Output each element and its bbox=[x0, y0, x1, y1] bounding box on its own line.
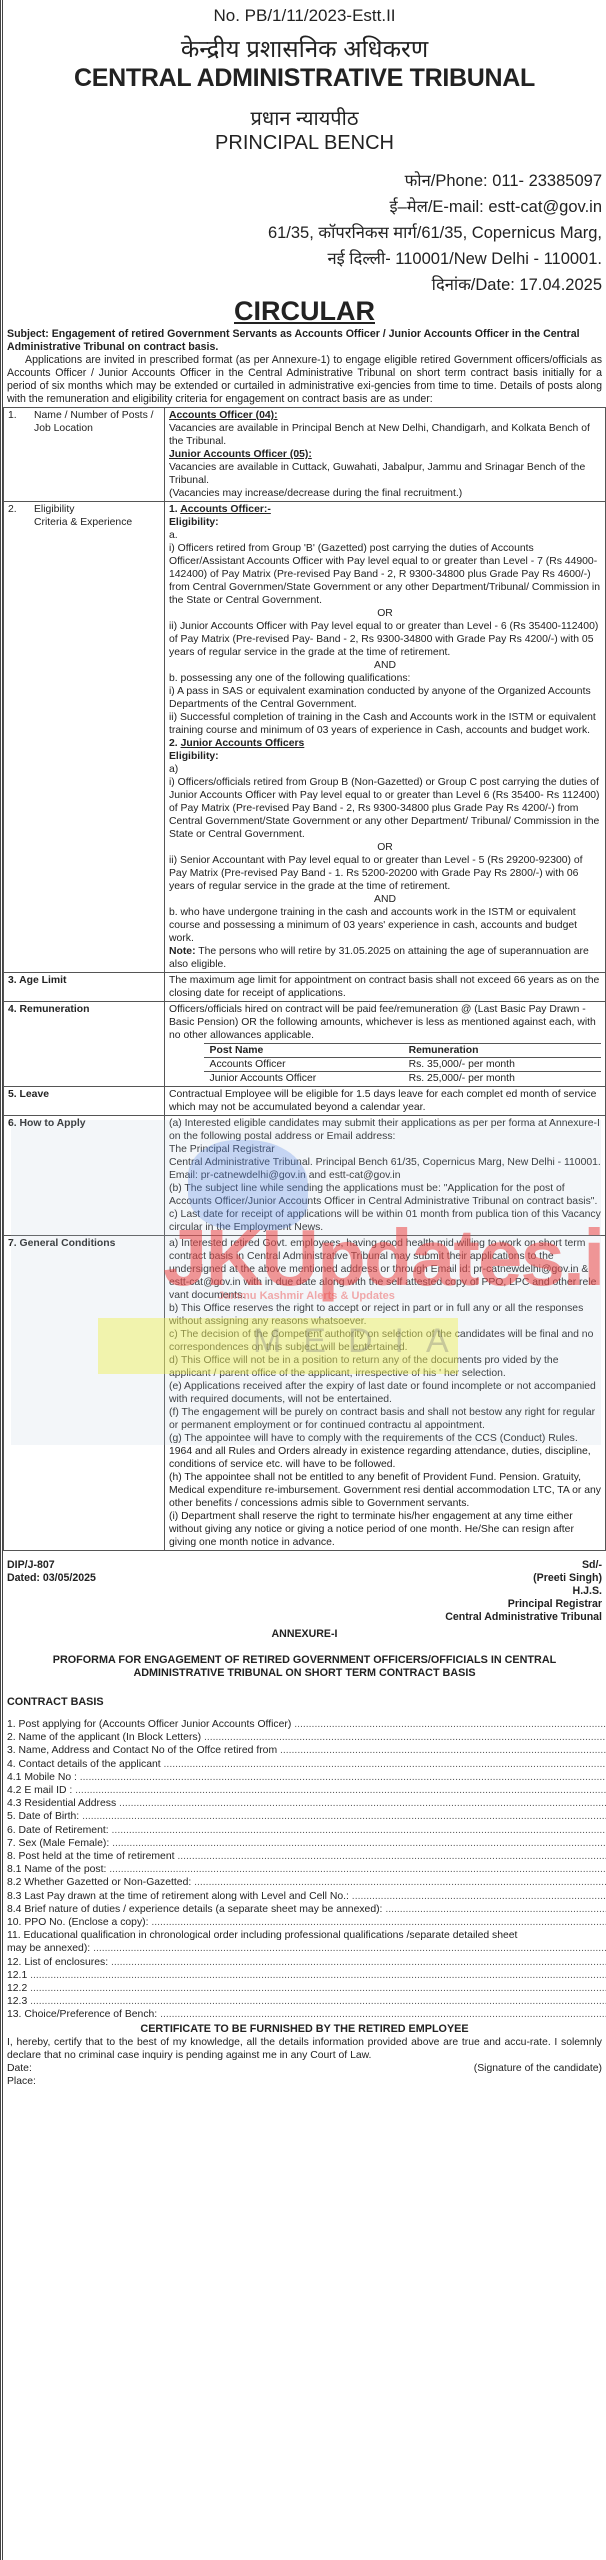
circular-date: दिनांक/Date: 17.04.2025 bbox=[3, 272, 602, 298]
table-row-how-to-apply: 6. How to Apply (a) Interested eligible … bbox=[4, 1116, 606, 1236]
signature-block: DIP/J-807 Dated: 03/05/2025 Sd/- (Preeti… bbox=[3, 1551, 606, 1624]
form-field: 8.3 Last Pay drawn at the time of retire… bbox=[3, 1890, 606, 1903]
row-label: 1.Name / Number of Posts / Job Location bbox=[4, 408, 165, 502]
postal-address: Central Administrative Tribunal. Princip… bbox=[169, 1156, 601, 1182]
row-content: (a) Interested eligible candidates may s… bbox=[165, 1116, 606, 1236]
form-field: 10. PPO No. (Enclose a copy): bbox=[3, 1916, 606, 1929]
form-field: 7. Sex (Male Female): bbox=[3, 1837, 606, 1850]
annexure-title: ANNEXURE-I bbox=[3, 1628, 606, 1640]
row-content: Contractual Employee will be eligible fo… bbox=[165, 1087, 606, 1116]
condition-item: (h) The appointee shall not be entitled … bbox=[169, 1471, 601, 1510]
condition-item: (f) The engagement will be purely on con… bbox=[169, 1406, 601, 1432]
letterhead: No. PB/1/11/2023-Estt.II केन्द्रीय प्रशा… bbox=[3, 6, 606, 162]
remuneration-row: Accounts OfficerRs. 35,000/- per month bbox=[204, 1058, 601, 1072]
form-field: 4.2 E mail ID : bbox=[3, 1784, 606, 1797]
phone: फोन/Phone: 011- 23385097 bbox=[3, 168, 602, 194]
dip-date: Dated: 03/05/2025 bbox=[7, 1572, 96, 1585]
form-field: 12. List of enclosures: bbox=[3, 1956, 606, 1969]
form-field: 5. Date of Birth: bbox=[3, 1810, 606, 1823]
condition-item: d) This Office will not be in a position… bbox=[169, 1354, 601, 1380]
form-field: 12.2 bbox=[3, 1982, 606, 1995]
row-content: The maximum age limit for appointment on… bbox=[165, 973, 606, 1002]
form-field: 1. Post applying for (Accounts Officer J… bbox=[3, 1718, 606, 1731]
dip-number: DIP/J-807 bbox=[7, 1559, 96, 1572]
table-row-remuneration: 4. Remuneration Officers/officials hired… bbox=[4, 1002, 606, 1087]
org-name-hindi: केन्द्रीय प्रशासनिक अधिकरण bbox=[3, 32, 606, 64]
details-table: 1.Name / Number of Posts / Job Location … bbox=[3, 407, 606, 1551]
form-field: 6. Date of Retirement: bbox=[3, 1824, 606, 1837]
address-line-2: नई दिल्ली- 110001/New Delhi - 110001. bbox=[3, 246, 602, 272]
bench-name-hindi: प्रधान न्यायपीठ bbox=[3, 104, 606, 132]
row-content: Accounts Officer (04): Vacancies are ava… bbox=[165, 408, 606, 502]
ao-title: Accounts Officer (04): bbox=[169, 409, 601, 422]
condition-item: (g) The appointee will have to comply wi… bbox=[169, 1432, 601, 1471]
table-row-eligibility: 2.Eligibility Criteria & Experience 1. A… bbox=[4, 502, 606, 973]
row-label: 2.Eligibility Criteria & Experience bbox=[4, 502, 165, 973]
form-field: 3. Name, Address and Contact No of the O… bbox=[3, 1744, 606, 1757]
condition-item: b) This Office reserves the right to acc… bbox=[169, 1302, 601, 1328]
table-row-general-conditions: 7. General Conditions a) Interested reti… bbox=[4, 1236, 606, 1551]
address-line-1: 61/35, कॉपरनिकस मार्ग/61/35, Copernicus … bbox=[3, 220, 602, 246]
form-field: 12.1 bbox=[3, 1969, 606, 1982]
form-field: 8.1 Name of the post: bbox=[3, 1863, 606, 1876]
condition-item: a) Interested retired Govt. employees, h… bbox=[169, 1237, 601, 1302]
table-row-leave: 5. Leave Contractual Employee will be el… bbox=[4, 1087, 606, 1116]
jao-title: Junior Accounts Officer (05): bbox=[169, 448, 601, 461]
subject: Subject: Engagement of retired Governmen… bbox=[3, 326, 606, 354]
intro-paragraph: Applications are invited in prescribed f… bbox=[3, 354, 606, 406]
circular-page: No. PB/1/11/2023-Estt.II केन्द्रीय प्रशा… bbox=[0, 0, 606, 2560]
condition-item: c) The decision of the Competent authori… bbox=[169, 1328, 601, 1354]
form-field: 8.2 Whether Gazetted or Non-Gazetted: bbox=[3, 1876, 606, 1889]
remuneration-row: Junior Accounts OfficerRs. 25,000/- per … bbox=[204, 1072, 601, 1086]
row-label: 4. Remuneration bbox=[4, 1002, 165, 1087]
row-label: 5. Leave bbox=[4, 1087, 165, 1116]
form-field: 2. Name of the applicant (In Block Lette… bbox=[3, 1731, 606, 1744]
table-row-age-limit: 3. Age Limit The maximum age limit for a… bbox=[4, 973, 606, 1002]
form-field: 12.3 bbox=[3, 1995, 606, 2008]
proforma-fields: 1. Post applying for (Accounts Officer J… bbox=[3, 1718, 606, 2022]
form-field: 13. Choice/Preference of Bench: bbox=[3, 2008, 606, 2021]
row-content: Officers/officials hired on contract wil… bbox=[165, 1002, 606, 1087]
date-signature-line: Date: (Signature of the candidate) bbox=[3, 2062, 606, 2075]
reference-number: No. PB/1/11/2023-Estt.II bbox=[3, 6, 606, 30]
signatory-name: (Preeti Singh) bbox=[445, 1572, 602, 1585]
certificate-title: CERTIFICATE TO BE FURNISHED BY THE RETIR… bbox=[3, 2022, 606, 2036]
table-row-posts: 1.Name / Number of Posts / Job Location … bbox=[4, 408, 606, 502]
certificate-text: I, hereby, certify that to the best of m… bbox=[3, 2036, 606, 2062]
remuneration-table: Post NameRemuneration Accounts OfficerRs… bbox=[204, 1043, 601, 1085]
proforma-title: PROFORMA FOR ENGAGEMENT OF RETIRED GOVER… bbox=[3, 1654, 606, 1680]
row-label: 6. How to Apply bbox=[4, 1116, 165, 1236]
contact-block: फोन/Phone: 011- 23385097 ई–मेल/E-mail: e… bbox=[3, 168, 606, 298]
condition-item: (e) Applications received after the expi… bbox=[169, 1380, 601, 1406]
form-field: 8. Post held at the time of retirement bbox=[3, 1850, 606, 1863]
row-content: 1. Accounts Officer:- Eligibility: a. i)… bbox=[165, 502, 606, 973]
bench-name-english: PRINCIPAL BENCH bbox=[3, 132, 606, 162]
contract-basis-heading: CONTRACT BASIS bbox=[7, 1696, 602, 1708]
form-field: 4.1 Mobile No : bbox=[3, 1771, 606, 1784]
form-field: 11. Educational qualification in chronol… bbox=[3, 1929, 606, 1942]
circular-title: CIRCULAR bbox=[3, 296, 606, 326]
condition-item: (i) Department shall reserve the right t… bbox=[169, 1510, 601, 1549]
signatory-designation: Principal Registrar bbox=[445, 1598, 602, 1611]
form-field: may be annexed): bbox=[3, 1942, 606, 1955]
row-content: a) Interested retired Govt. employees, h… bbox=[165, 1236, 606, 1551]
org-name-english: CENTRAL ADMINISTRATIVE TRIBUNAL bbox=[3, 64, 606, 98]
place-line: Place: bbox=[3, 2075, 606, 2088]
form-field: 8.4 Brief nature of duties / experience … bbox=[3, 1903, 606, 1916]
email: ई–मेल/E-mail: estt-cat@gov.in bbox=[3, 194, 602, 220]
form-field: 4. Contact details of the applicant bbox=[3, 1758, 606, 1771]
row-label: 7. General Conditions bbox=[4, 1236, 165, 1551]
row-label: 3. Age Limit bbox=[4, 973, 165, 1002]
form-field: 4.3 Residential Address bbox=[3, 1797, 606, 1810]
